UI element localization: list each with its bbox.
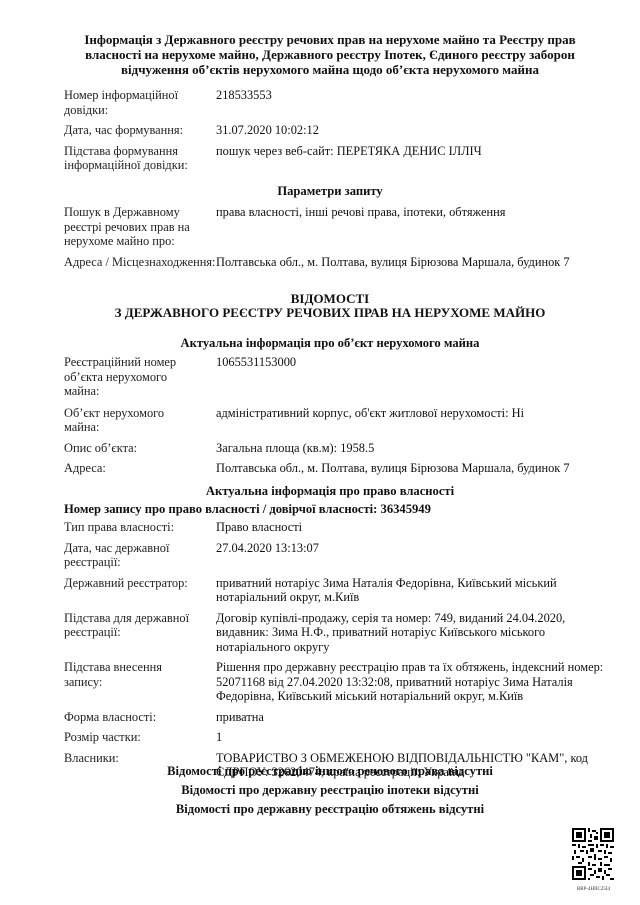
row-label: Підстава для державної реєстрації:: [64, 611, 194, 655]
row-label: Пошук в Державному реєстрі речових прав …: [64, 205, 216, 249]
row-label: Підстава формування інформаційної довідк…: [64, 144, 216, 173]
registry-heading: ВІДОМОСТІ З ДЕРЖАВНОГО РЕЄСТРУ РЕЧОВИХ П…: [60, 292, 600, 320]
object-info: Реєстраційний номер об’єкта нерухомого м…: [64, 355, 604, 482]
info-row: Розмір частки: 1: [64, 730, 604, 745]
row-label: Адреса:: [64, 461, 216, 476]
row-value: адміністративний корпус, об'єкт житлової…: [216, 406, 604, 435]
row-value: Полтавська обл., м. Полтава, вулиця Бірю…: [216, 255, 604, 270]
registry-heading-line2: З ДЕРЖАВНОГО РЕЄСТРУ РЕЧОВИХ ПРАВ НА НЕР…: [60, 306, 600, 320]
row-value: права власності, інші речові права, іпот…: [216, 205, 604, 249]
row-value: пошук через веб-сайт: ПЕРЕТЯКА ДЕНИС ІЛЛ…: [216, 144, 604, 173]
row-value: 31.07.2020 10:02:12: [216, 123, 604, 138]
row-value: Договір купівлі-продажу, серія та номер:…: [216, 611, 604, 655]
info-row: Опис об’єкта: Загальна площа (кв.м): 195…: [64, 441, 604, 456]
row-value: 27.04.2020 13:13:07: [216, 541, 604, 570]
row-label: Розмір частки:: [64, 730, 216, 745]
header-info: Номер інформаційної довідки: 218533553 Д…: [64, 88, 604, 179]
row-value: 218533553: [216, 88, 604, 117]
row-label: Об’єкт нерухомого майна:: [64, 406, 194, 435]
info-row: Тип права власності: Право власності: [64, 520, 604, 535]
qr-code-icon: [572, 828, 614, 880]
row-value: Право власності: [216, 520, 604, 535]
document-code: RRP-4HIIC25I4: [577, 887, 610, 892]
query-params: Пошук в Державному реєстрі речових прав …: [64, 205, 604, 275]
row-value: приватний нотаріус Зима Наталія Федорівн…: [216, 576, 604, 605]
row-label: Форма власності:: [64, 710, 216, 725]
absent-mortgage: Відомості про державну реєстрацію іпотек…: [60, 783, 600, 798]
row-label: Державний реєстратор:: [64, 576, 216, 605]
row-value: Загальна площа (кв.м): 1958.5: [216, 441, 604, 456]
info-row: Дата, час державної реєстрації: 27.04.20…: [64, 541, 604, 570]
info-row: Державний реєстратор: приватний нотаріус…: [64, 576, 604, 605]
query-params-heading: Параметри запиту: [60, 184, 600, 199]
row-value: 1065531153000: [216, 355, 604, 399]
info-row: Підстава формування інформаційної довідк…: [64, 144, 604, 173]
info-row: Реєстраційний номер об’єкта нерухомого м…: [64, 355, 604, 399]
object-info-heading: Актуальна інформація про об’єкт нерухомо…: [60, 336, 600, 351]
info-row: Дата, час формування: 31.07.2020 10:02:1…: [64, 123, 604, 138]
info-row: Підстава для державної реєстрації: Догов…: [64, 611, 604, 655]
row-label: Реєстраційний номер об’єкта нерухомого м…: [64, 355, 194, 399]
info-row: Адреса / Місцезнаходження: Полтавська об…: [64, 255, 604, 270]
info-row: Форма власності: приватна: [64, 710, 604, 725]
row-label: Тип права власності:: [64, 520, 216, 535]
row-label: Дата, час формування:: [64, 123, 216, 138]
row-value: приватна: [216, 710, 604, 725]
info-row: Пошук в Державному реєстрі речових прав …: [64, 205, 604, 249]
info-row: Об’єкт нерухомого майна: адміністративни…: [64, 406, 604, 435]
row-value: Полтавська обл., м. Полтава, вулиця Бірю…: [216, 461, 604, 476]
row-value: 1: [216, 730, 604, 745]
row-label: Дата, час державної реєстрації:: [64, 541, 194, 570]
row-value: Рішення про державну реєстрацію прав та …: [216, 660, 604, 704]
ownership-info: Тип права власності: Право власності Дат…: [64, 520, 604, 786]
info-row: Номер інформаційної довідки: 218533553: [64, 88, 604, 117]
row-label: Номер інформаційної довідки:: [64, 88, 216, 117]
row-label: Опис об’єкта:: [64, 441, 216, 456]
document-title: Інформація з Державного реєстру речових …: [60, 32, 600, 77]
ownership-record-number: Номер запису про право власності / довір…: [64, 502, 431, 517]
info-row: Підстава внесення запису: Рішення про де…: [64, 660, 604, 704]
absent-other-rights: Відомості про реєстрацію іншого речового…: [60, 764, 600, 779]
registry-heading-line1: ВІДОМОСТІ: [60, 292, 600, 306]
info-row: Адреса: Полтавська обл., м. Полтава, вул…: [64, 461, 604, 476]
absent-encumbrances: Відомості про державну реєстрацію обтяже…: [60, 802, 600, 817]
ownership-heading: Актуальна інформація про право власності: [60, 484, 600, 499]
row-label: Підстава внесення запису:: [64, 660, 194, 704]
row-label: Адреса / Місцезнаходження:: [64, 255, 216, 270]
